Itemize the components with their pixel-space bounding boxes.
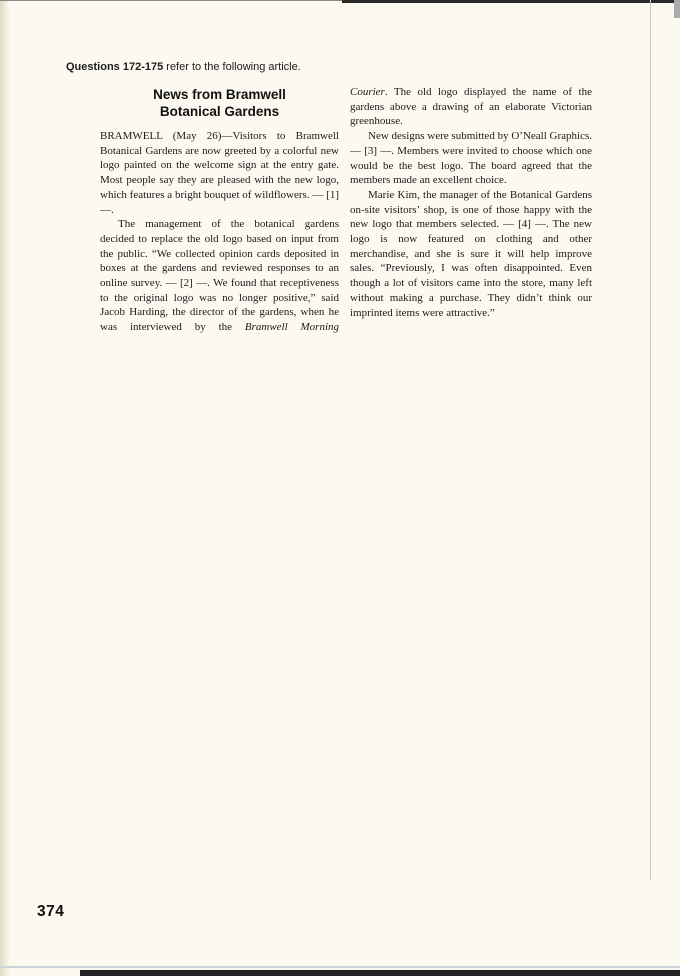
scan-bottom-gray-line xyxy=(0,966,680,968)
article-paragraph-2: The management of the botanical gardens … xyxy=(100,217,339,335)
paragraph-2-text: The management of the botanical gardens … xyxy=(100,218,339,333)
paragraph-2-continued-text: . The old logo displayed the name of the… xyxy=(350,86,592,127)
article-paragraph-1: BRAMWELL (May 26)—Visitors to Bramwell B… xyxy=(100,129,339,217)
article-paragraph-3: New designs were submitted by O’Neall Gr… xyxy=(350,129,592,188)
paragraph-2-italic-newspaper-name: Bramwell Morning xyxy=(245,321,339,333)
scan-corner-smudge xyxy=(674,0,680,18)
article-paragraph-4: Marie Kim, the manager of the Botanical … xyxy=(350,188,592,320)
paragraph-2-italic-newspaper-name-continued: Courier xyxy=(350,86,385,98)
questions-header: Questions 172-175 refer to the following… xyxy=(66,61,301,73)
article-title-line-1: News from Bramwell xyxy=(100,87,339,104)
article-title-line-2: Botanical Gardens xyxy=(100,104,339,121)
scan-right-edge-line xyxy=(650,0,651,880)
article-right-column: Courier. The old logo displayed the name… xyxy=(350,85,592,320)
scan-edge-left xyxy=(0,0,9,976)
page-number: 374 xyxy=(37,903,64,921)
scanned-book-page: Questions 172-175 refer to the following… xyxy=(0,0,680,976)
article-paragraph-2-continued: Courier. The old logo displayed the name… xyxy=(350,85,592,129)
question-range: Questions 172-175 xyxy=(66,61,163,73)
question-instruction: refer to the following article. xyxy=(163,61,301,73)
scan-top-right-bar xyxy=(342,0,680,3)
scan-bottom-dark-bar xyxy=(80,970,680,976)
article-left-column: News from BramwellBotanical Gardens BRAM… xyxy=(100,87,339,335)
article-title: News from BramwellBotanical Gardens xyxy=(100,87,339,120)
